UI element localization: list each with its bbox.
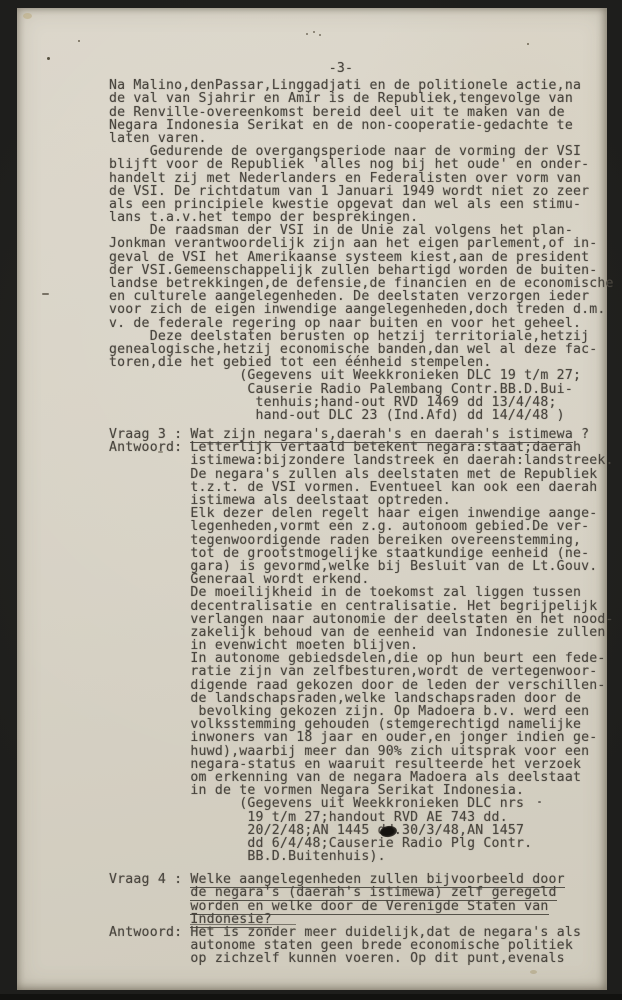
paper-speck — [538, 801, 541, 803]
paper-speck — [23, 13, 32, 19]
source-line: hand-out DLC 23 (Ind.Afd) dd 14/4/48 ) — [109, 409, 622, 422]
paper-speck — [527, 43, 529, 45]
page-number: -3- — [109, 62, 622, 75]
paper-speck — [530, 970, 537, 974]
scan-background: -3-Na Malino,denPassar,Linggadjati en de… — [0, 0, 622, 1000]
paper-speck — [306, 33, 308, 35]
paper-speck — [47, 57, 50, 60]
paper-speck — [42, 293, 49, 295]
source-line: BB.D.Buitenhuis). — [109, 850, 622, 863]
paper-speck — [319, 34, 321, 36]
scanned-page: -3-Na Malino,denPassar,Linggadjati en de… — [17, 8, 607, 990]
paper-speck — [158, 451, 163, 453]
paper-speck — [78, 40, 80, 42]
document-text: -3-Na Malino,denPassar,Linggadjati en de… — [109, 62, 622, 966]
answer-line: op zichzelf kunnen voeren. Op dit punt,e… — [109, 952, 622, 965]
paper-speck — [313, 31, 315, 33]
